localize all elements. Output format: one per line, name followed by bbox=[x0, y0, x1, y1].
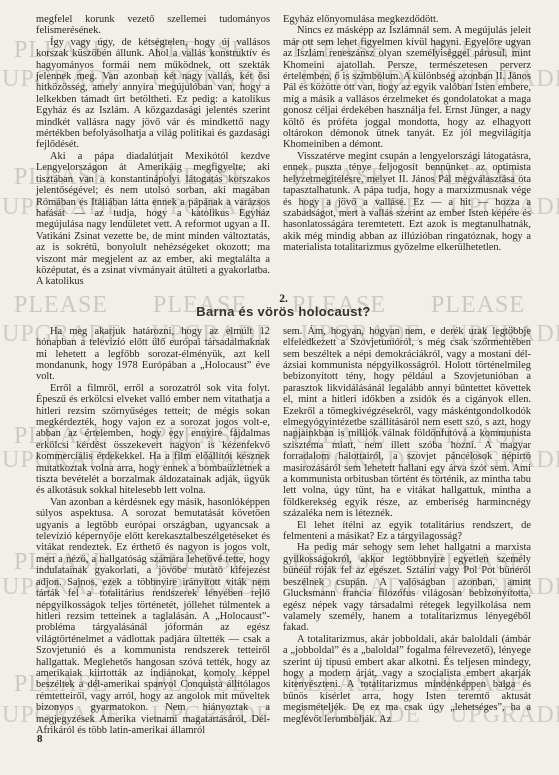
page-body-text: megfelel korunk vezető szellemei tudomán… bbox=[36, 14, 531, 736]
paragraph: Erről a filmről, erről a sorozatról sok … bbox=[36, 383, 270, 497]
paragraph: Nincs ez másképp az Iszlámnál sem. A meg… bbox=[283, 25, 531, 150]
paragraph: sem. Ám, hogyan, hogyan nem, e derék ura… bbox=[283, 326, 531, 520]
paragraph: Egyház előnyomulása megkezdődött. bbox=[283, 14, 531, 25]
chapter-number: 2. bbox=[36, 293, 531, 305]
right-column: Egyház előnyomulása megkezdődött. Nincs … bbox=[283, 14, 531, 288]
paragraph: Ha pedig már sehogy sem lehet hallgatni … bbox=[283, 542, 531, 633]
paragraph: A totalitarizmus, akár jobboldali, akár … bbox=[283, 634, 531, 725]
left-column: megfelel korunk vezető szellemei tudomán… bbox=[36, 14, 270, 288]
paragraph: Így vagy úgy, de kétségtelen, hogy új va… bbox=[36, 37, 270, 151]
paragraph: Ha meg akarjuk határozni, hogy az elmúlt… bbox=[36, 326, 270, 383]
section-above-heading: megfelel korunk vezető szellemei tudomán… bbox=[36, 14, 531, 288]
section-below-heading: Ha meg akarjuk határozni, hogy az elmúlt… bbox=[36, 326, 531, 737]
paragraph: El lehet ítélni az egyik totalitárius re… bbox=[283, 520, 531, 543]
page-number: 8 bbox=[37, 733, 43, 745]
chapter-title: Barna és vörös holocaust? bbox=[36, 305, 531, 319]
paragraph: Van azonban a kérdésnek egy másik, hason… bbox=[36, 497, 270, 737]
paragraph: Visszatérve megint csupán a lengyelorszá… bbox=[283, 151, 531, 254]
left-column: Ha meg akarjuk határozni, hogy az elmúlt… bbox=[36, 326, 270, 737]
scanned-book-page: PLEASE PLEASE PLEASE PLEASE PLEASE UPGRA… bbox=[0, 0, 559, 775]
paragraph: Aki a pápa diadalútjait Mexikótól kezdve… bbox=[36, 151, 270, 288]
right-column: sem. Ám, hogyan, hogyan nem, e derék ura… bbox=[283, 326, 531, 737]
chapter-heading: 2. Barna és vörös holocaust? bbox=[36, 293, 531, 319]
paragraph: megfelel korunk vezető szellemei tudomán… bbox=[36, 14, 270, 37]
